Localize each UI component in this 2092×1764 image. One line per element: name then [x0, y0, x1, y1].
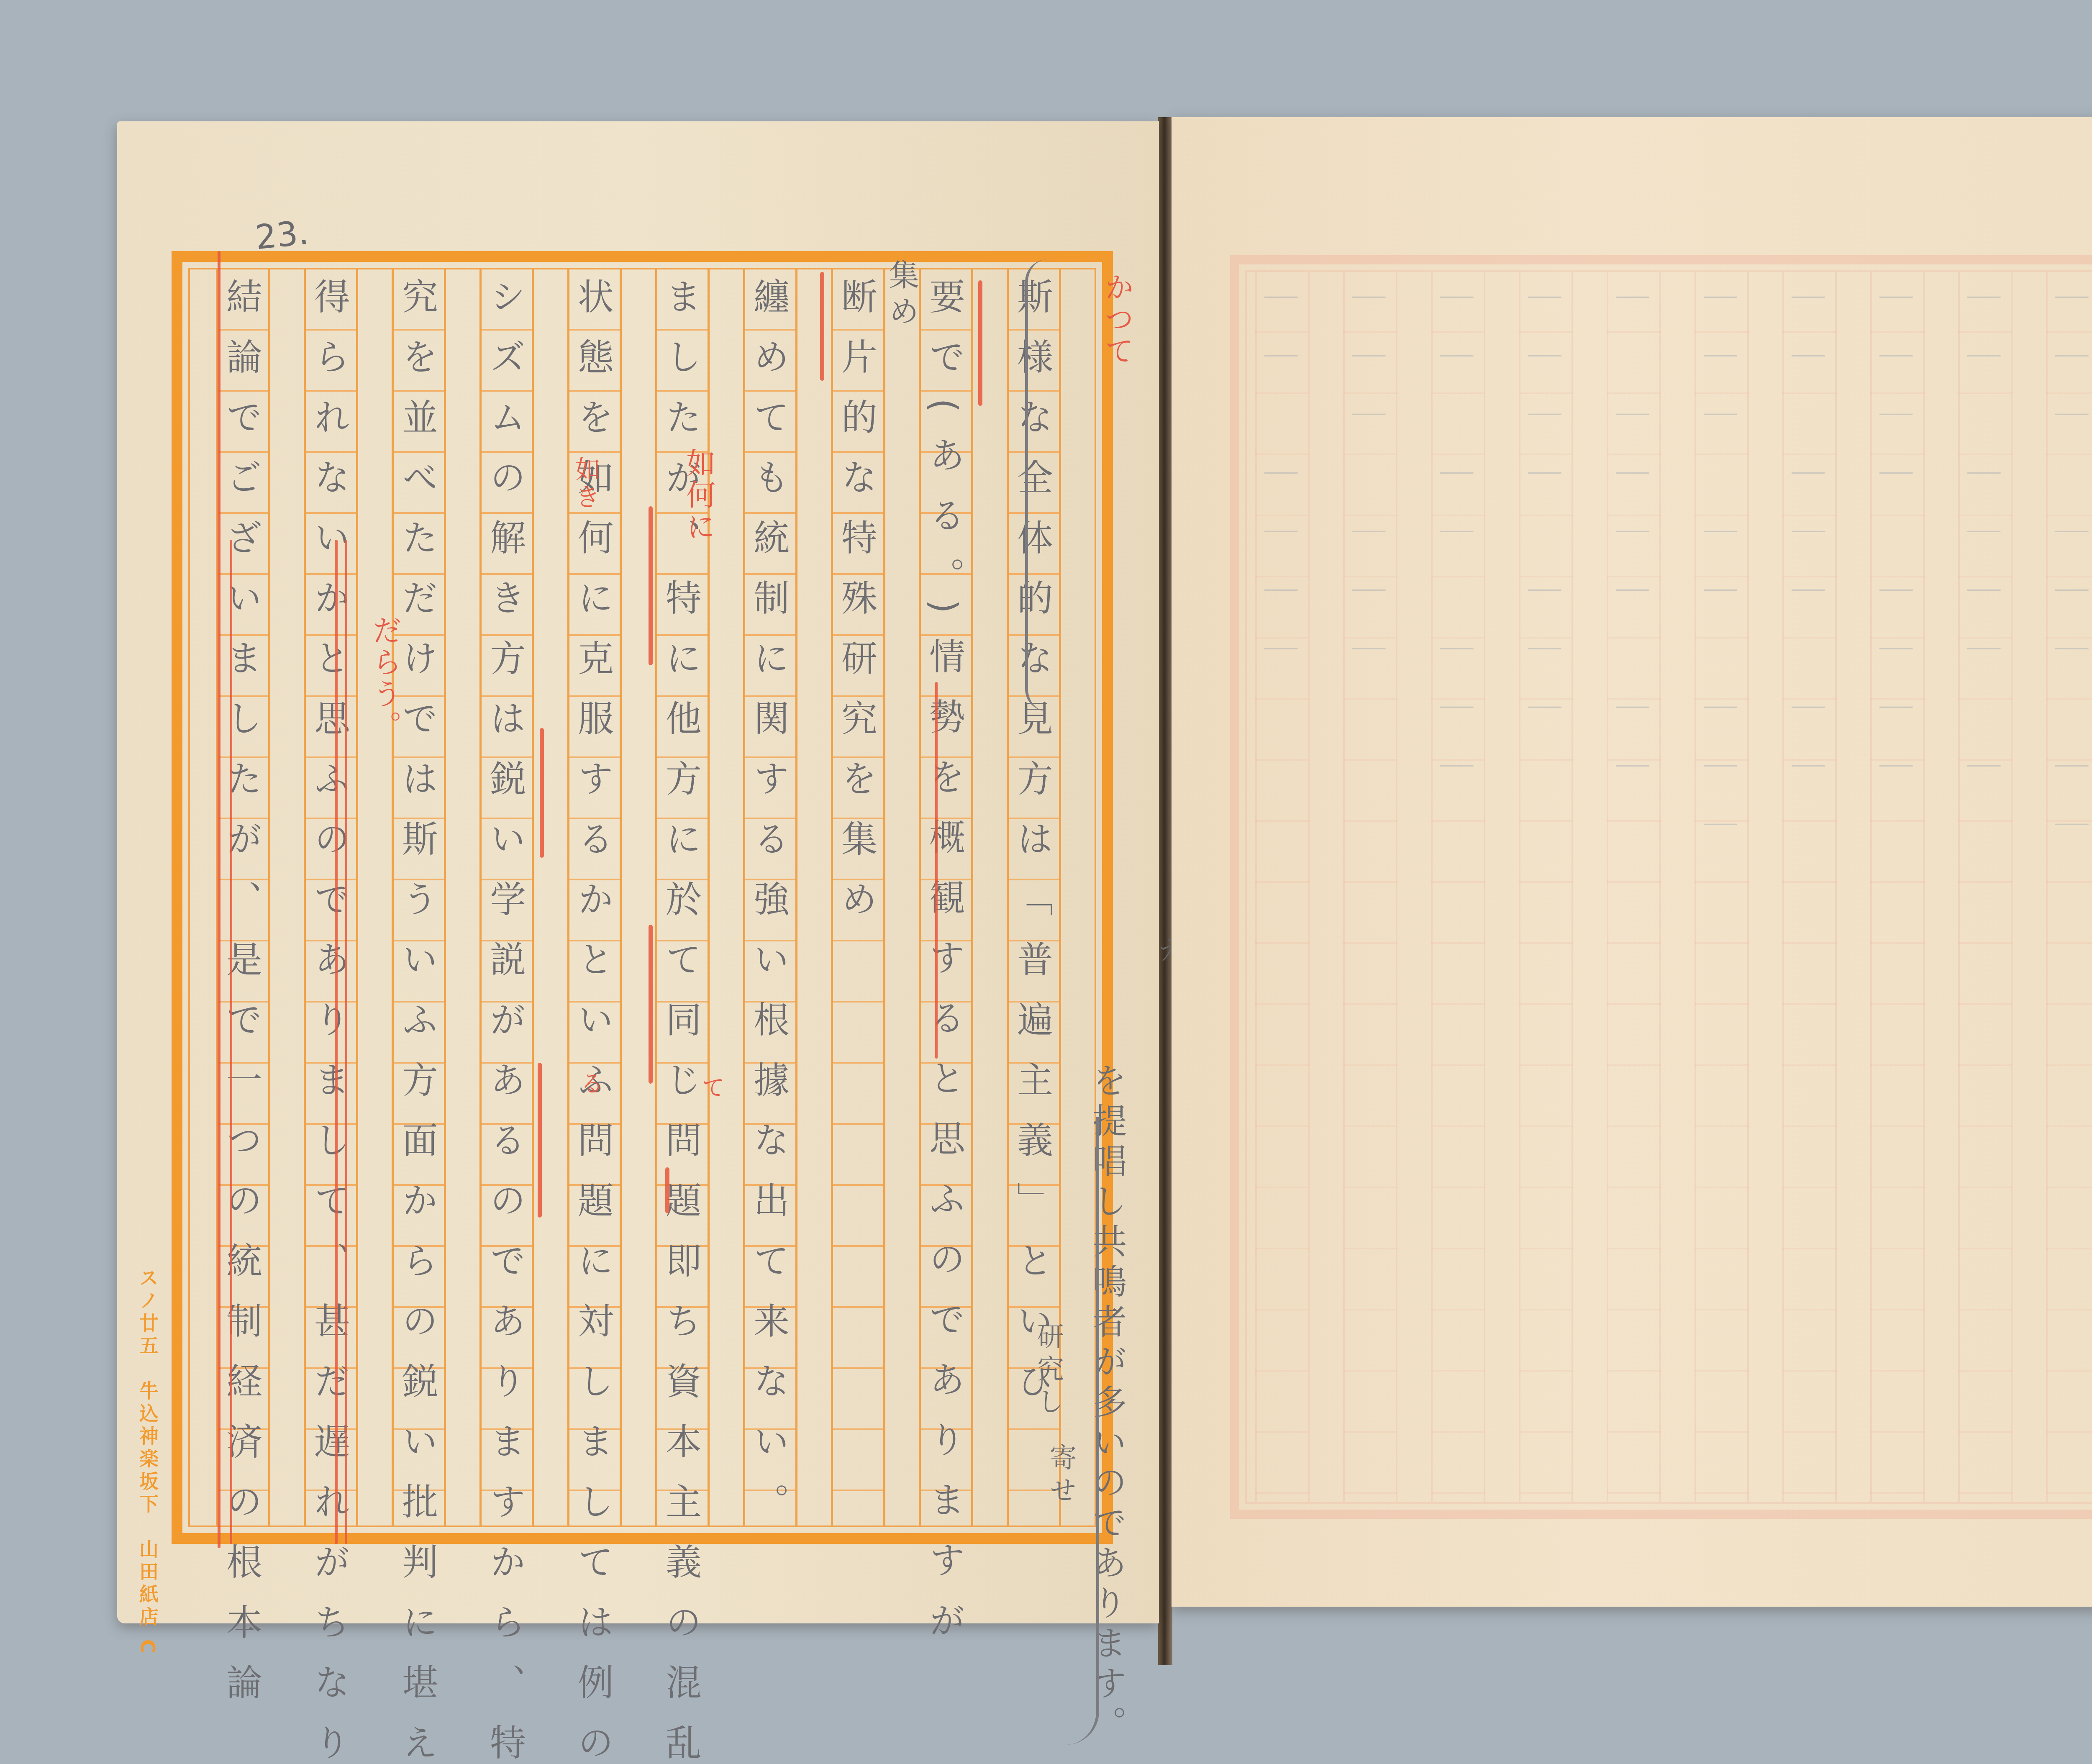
left-page: 23. スノ廿五 牛込神楽坂下 山田紙店 C 斯様な全体的な見方は「普遍主義」と… — [117, 121, 1159, 1623]
red-annotation: る — [573, 1071, 607, 1097]
grid-gutter — [1397, 272, 1431, 1502]
red-annotation: だらう。 — [368, 615, 402, 742]
bleed-through-text: ｜｜｜ ｜｜ ｜｜｜ — [1696, 280, 1747, 1502]
red-strikethrough — [665, 1167, 669, 1213]
red-strikethrough — [935, 682, 938, 1059]
pencil-bracket — [1025, 259, 1070, 711]
bleed-through-text: ｜｜｜ ｜｜｜ ｜｜ — [2048, 280, 2092, 1502]
red-strikethrough — [538, 1063, 542, 1218]
column-text: シズムの解き方は鋭い学説があるのでありますから、特殊研 — [482, 278, 532, 1526]
text-column-2: 要で(ある。)情勢を概観すると思ふのでありますが — [919, 269, 973, 1526]
faint-column: ｜｜｜ ｜｜｜ ｜｜ — [2046, 272, 2092, 1502]
faint-column: ｜｜ ｜｜ ｜｜｜ — [1431, 272, 1485, 1502]
text-column-8: 究を並べただけでは斯ういふ方面からの鋭い批判に堪え — [392, 269, 446, 1526]
bleed-through-text: ｜｜ ｜｜｜｜ ｜ — [1960, 280, 2011, 1502]
printer-mark: スノ廿五 牛込神楽坂下 山田紙店 C — [134, 1268, 162, 1657]
red-strikethrough — [978, 280, 982, 406]
manuscript-grid: 斯様な全体的な見方は「普遍主義」といひ 要で(ある。)情勢を概観すると思ふのであ… — [172, 251, 1113, 1544]
grid-gutter — [1661, 272, 1695, 1502]
red-strikethrough — [649, 925, 653, 1084]
red-annotation: 如き — [569, 456, 602, 511]
grid-gutter — [1749, 272, 1782, 1502]
grid-gutter — [1485, 272, 1519, 1502]
right-page: ｜｜｜ ｜｜｜ ｜｜ ｜｜ ｜｜｜｜ ｜ ｜｜｜｜ ｜｜｜｜ ｜｜ ｜｜｜ ｜｜… — [1172, 117, 2092, 1607]
grid-gutter — [534, 269, 567, 1526]
grid-gutter — [797, 269, 831, 1526]
column-text: 断片的な特殊研究を集め — [833, 278, 883, 1526]
faint-column: ｜｜ ｜｜｜ ｜｜ — [1782, 272, 1837, 1502]
bleed-through-text: ｜｜ ｜｜｜｜ — [1257, 280, 1308, 1502]
grid-gutter — [1837, 272, 1870, 1502]
red-annotation: かつて — [1100, 272, 1134, 367]
faint-column: ｜ ｜｜｜｜ ｜｜ — [1607, 272, 1661, 1502]
pencil-annotation: 研究し — [1029, 1322, 1067, 1420]
column-text: 究を並べただけでは斯ういふ方面からの鋭い批判に堪え — [394, 278, 444, 1526]
faint-column: ｜｜ ｜｜｜｜ ｜ — [1958, 272, 2013, 1502]
bleed-through-text: ｜｜ ｜｜｜ ｜｜ — [1784, 280, 1835, 1502]
red-strikethrough — [345, 540, 347, 1544]
text-column-3: 断片的な特殊研究を集め — [831, 269, 885, 1526]
grid-gutter — [358, 269, 392, 1526]
red-strikethrough — [649, 506, 653, 665]
column-text: 結論でございましたが、是で一つの統制経済の根本論 — [218, 278, 268, 1526]
faint-column: ｜｜｜ ｜｜ ｜｜｜ — [1695, 272, 1749, 1502]
grid-gutter — [1310, 272, 1343, 1502]
page-number: 23. — [253, 213, 310, 257]
text-column-7: シズムの解き方は鋭い学説があるのでありますから、特殊研 — [479, 269, 534, 1526]
column-text: 要で(ある。)情勢を概観すると思ふのでありますが — [921, 278, 971, 1526]
red-strikethrough — [230, 540, 232, 1544]
faint-column: ｜｜｜ ｜｜｜ — [1343, 272, 1397, 1502]
red-strikethrough — [218, 251, 220, 1548]
column-text: 得られないかと思ふのでありまして、甚だ遅れがちなりで — [306, 278, 356, 1526]
faint-column: ｜｜｜｜ ｜｜｜｜ — [1870, 272, 1925, 1502]
red-strikethrough — [335, 540, 338, 1544]
text-column-9: 得られないかと思ふのでありまして、甚だ遅れがちなりで — [304, 269, 358, 1526]
grid-gutter — [1925, 272, 1958, 1502]
red-strikethrough — [540, 728, 544, 858]
faint-column: ｜｜ ｜｜｜｜ — [1255, 272, 1310, 1502]
red-annotation: 如何に — [682, 448, 715, 543]
faint-manuscript-grid: ｜｜｜ ｜｜｜ ｜｜ ｜｜ ｜｜｜｜ ｜ ｜｜｜｜ ｜｜｜｜ ｜｜ ｜｜｜ ｜｜… — [1230, 255, 2092, 1519]
column-text: 纏めても統制に関する強い根據な出て来ない。 — [745, 278, 795, 1526]
pencil-annotation: 集め — [883, 259, 920, 331]
grid-gutter — [973, 269, 1007, 1526]
book-spine — [1158, 117, 1172, 1665]
bleed-through-text: ｜｜ ｜｜ ｜｜｜ — [1433, 280, 1484, 1502]
grid-gutter — [885, 269, 919, 1526]
faint-column: ｜｜｜｜ ｜｜｜ — [1519, 272, 1573, 1502]
grid-gutter — [270, 269, 304, 1526]
pencil-bracket — [1063, 1117, 1099, 1745]
bleed-through-text: ｜｜｜｜ ｜｜｜｜ — [1872, 280, 1923, 1502]
red-annotation: て — [695, 1075, 728, 1101]
text-column-10: 結論でございましたが、是で一つの統制経済の根本論 — [216, 269, 270, 1526]
text-column-4: 纏めても統制に関する強い根據な出て来ない。 — [743, 269, 797, 1526]
bleed-through-text: ｜｜｜｜ ｜｜｜ — [1520, 280, 1572, 1502]
bleed-through-text: ｜ ｜｜｜｜ ｜｜ — [1608, 280, 1659, 1502]
red-strikethrough — [820, 272, 824, 381]
grid-gutter — [622, 269, 655, 1526]
grid-gutter — [446, 269, 479, 1526]
grid-gutter — [1573, 272, 1607, 1502]
grid-gutter — [2013, 272, 2046, 1502]
bleed-through-text: ｜｜｜ ｜｜｜ — [1345, 280, 1396, 1502]
